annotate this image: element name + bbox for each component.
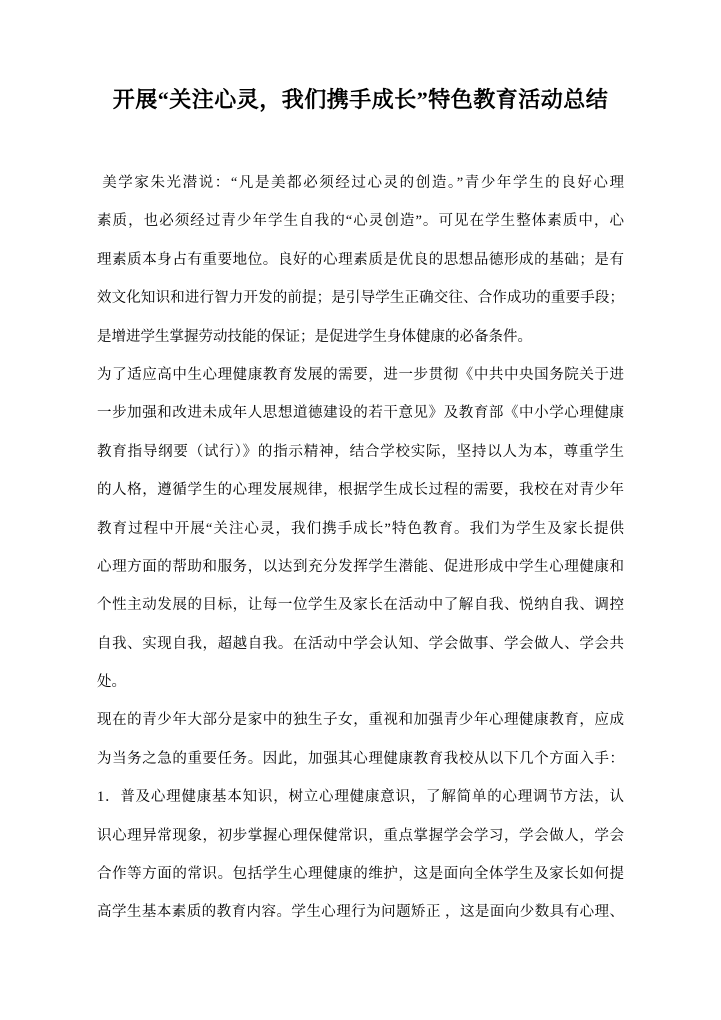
text-line: 的人格，遵循学生的心理发展规律，根据学生成长过程的需要，我校在对青少年 (97, 471, 624, 509)
text-line: 教育过程中开展“关注心灵，我们携手成长”特色教育。我们为学生及家长提供 (97, 510, 624, 548)
text-line: 1．普及心理健康基本知识，树立心理健康意识，了解简单的心理调节方法，认 (97, 778, 624, 816)
document-page: 开展“关注心灵，我们携手成长”特色教育活动总结 美学家朱光潜说：“凡是美都必须经… (0, 0, 721, 1020)
text-line: 个性主动发展的目标，让每一位学生及家长在活动中了解自我、悦纳自我、调控 (97, 586, 624, 624)
text-line: 教育指导纲要（试行）》的指示精神，结合学校实际，坚持以人为本，尊重学生 (97, 433, 624, 471)
text-line: 心理方面的帮助和服务，以达到充分发挥学生潜能、促进形成中学生心理健康和 (97, 548, 624, 586)
text-line: 处。 (97, 663, 624, 701)
text-line: 是增进学生掌握劳动技能的保证；是促进学生身体健康的必备条件。 (97, 318, 624, 356)
text-line: 合作等方面的常识。包括学生心理健康的维护，这是面向全体学生及家长如何提 (97, 855, 624, 893)
text-line: 效文化知识和进行智力开发的前提；是引导学生正确交往、合作成功的重要手段； (97, 279, 624, 317)
text-line: 素质，也必须经过青少年学生自我的“心灵创造”。可见在学生整体素质中，心 (97, 202, 624, 240)
text-line: 高学生基本素质的教育内容。学生心理行为问题矫正 ，这是面向少数具有心理、 (97, 893, 624, 931)
document-body: 美学家朱光潜说：“凡是美都必须经过心灵的创造。”青少年学生的良好心理素质，也必须… (97, 164, 624, 932)
text-line: 理素质本身占有重要地位。良好的心理素质是优良的思想品德形成的基础；是有 (97, 241, 624, 279)
text-line: 美学家朱光潜说：“凡是美都必须经过心灵的创造。”青少年学生的良好心理 (97, 164, 624, 202)
text-line: 识心理异常现象，初步掌握心理保健常识，重点掌握学会学习，学会做人，学会 (97, 817, 624, 855)
text-line: 自我、实现自我，超越自我。在活动中学会认知、学会做事、学会做人、学会共 (97, 625, 624, 663)
text-line: 现在的青少年大部分是家中的独生子女，重视和加强青少年心理健康教育，应成 (97, 701, 624, 739)
text-line: 一步加强和改进未成年人思想道德建设的若干意见》及教育部《中小学心理健康 (97, 394, 624, 432)
text-line: 为当务之急的重要任务。因此，加强其心理健康教育我校从以下几个方面入手： (97, 740, 624, 778)
document-content: 开展“关注心灵，我们携手成长”特色教育活动总结 美学家朱光潜说：“凡是美都必须经… (97, 0, 624, 932)
document-title: 开展“关注心灵，我们携手成长”特色教育活动总结 (97, 84, 624, 116)
text-line: 为了适应高中生心理健康教育发展的需要，进一步贯彻《中共中央国务院关于进 (97, 356, 624, 394)
